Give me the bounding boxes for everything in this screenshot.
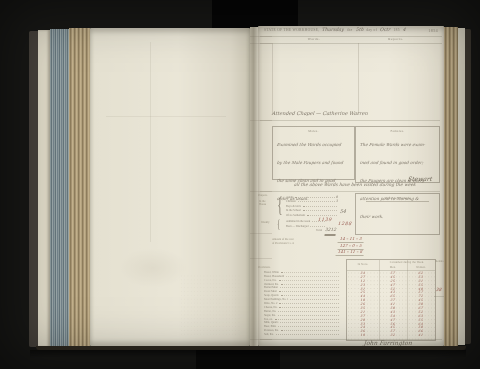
grid-row: 28 47 55 xyxy=(347,318,435,322)
dotted-leader xyxy=(279,303,339,304)
count-label: Of no Settlement xyxy=(286,214,305,217)
left-page-edges-tan xyxy=(69,28,90,347)
margin-stub xyxy=(250,43,272,44)
margin-stub xyxy=(250,258,272,259)
table-bottom-rule xyxy=(260,339,442,340)
form-header: STATE OF THE WORKHOUSE, Thursday the 5th… xyxy=(264,28,406,33)
form-header-print: day of xyxy=(366,28,377,32)
dotted-leader xyxy=(295,197,335,198)
margin-stub xyxy=(250,339,272,340)
left-page-blank xyxy=(90,28,250,346)
accounts-label-2: of Provisions £ s. d. xyxy=(272,242,294,245)
dotted-leader xyxy=(280,288,339,289)
store-value: 19 xyxy=(347,333,380,337)
bleedthrough-line xyxy=(150,42,151,242)
dotted-leader xyxy=(281,284,339,285)
dotted-leader xyxy=(281,272,339,273)
month-handwritten: Octr xyxy=(380,28,391,33)
women-column-header: Women. xyxy=(407,266,435,269)
margin-stub xyxy=(250,120,272,121)
remarks-value: 38 xyxy=(436,288,442,293)
counts-side-label: In the House xyxy=(259,200,275,207)
dotted-leader xyxy=(280,323,339,324)
bleedthrough-dots xyxy=(180,274,240,336)
women-value: 41 xyxy=(407,333,436,337)
counts-brace: { xyxy=(277,192,283,218)
provisions-item-list: Bread, White Bread, Household Cocoa, lbs… xyxy=(264,270,340,336)
men-column-header: Men. xyxy=(379,266,407,269)
folio-number: 1854 xyxy=(428,28,438,33)
dotted-leader xyxy=(310,226,325,227)
provisions-margin-label: Provisions. xyxy=(258,266,272,269)
column-header-reports: Reports. xyxy=(366,37,426,41)
dotted-leader xyxy=(303,211,337,212)
page-smudge xyxy=(118,248,188,288)
left-page-edges-blue xyxy=(50,29,69,347)
dotted-leader xyxy=(275,319,339,320)
form-header-print: the xyxy=(347,28,352,32)
handwritten-line: The Female Wards were exam- xyxy=(359,141,425,149)
form-header-print: STATE OF THE WORKHOUSE, xyxy=(264,28,319,32)
year-printed: 185 xyxy=(394,28,400,32)
weekly-number-1: 1139 xyxy=(318,218,333,223)
females-report-box: Females. The Female Wards were exam-ined… xyxy=(355,126,440,183)
accounts-label: Amount of the cost of Provisions £ s. d. xyxy=(272,238,316,245)
dotted-leader xyxy=(290,299,339,300)
dotted-leader xyxy=(298,201,335,202)
store-column-header: In Store. xyxy=(347,263,379,266)
handwritten-line: Examined the Wards occupied xyxy=(276,141,341,149)
attestation-rule xyxy=(260,191,440,192)
left-cover-edge xyxy=(29,31,38,347)
weekly-number-2: 1288 xyxy=(338,222,353,227)
right-cover-edge xyxy=(465,29,471,344)
column-header-wards: Wards. xyxy=(286,37,342,41)
dotted-leader xyxy=(281,295,339,296)
right-page-edges-tan xyxy=(444,27,458,346)
remarks-rule xyxy=(434,296,444,297)
grid-rows: 34 57 62 27 45 53 xyxy=(347,271,435,337)
column-header-rule xyxy=(260,43,442,44)
weekly-label: Born — Discharged xyxy=(286,225,308,228)
left-endpaper-edge xyxy=(38,30,50,347)
dotted-leader xyxy=(279,280,339,281)
provision-row: Salt, lbs. xyxy=(264,332,340,336)
total-value: 3212 xyxy=(325,228,337,236)
provision-name: Salt, lbs. xyxy=(264,333,274,336)
total-row: Total 3212 xyxy=(316,228,336,236)
accounts-label-1: Amount of the cost xyxy=(272,238,294,241)
attestation-line: all the above Wards have been visited du… xyxy=(294,183,417,188)
dotted-leader xyxy=(279,292,339,293)
margin-rule xyxy=(272,43,273,115)
counts-subtotal: 54 xyxy=(340,209,347,215)
men-value: 32 xyxy=(379,333,408,337)
margin-stub xyxy=(250,36,272,37)
dotted-leader xyxy=(286,276,339,277)
visitors-box-title: Visitors' Names. xyxy=(366,196,429,202)
accounts-amount: 141 – 11 – 8 xyxy=(335,249,364,256)
accounts-amount: 14 – 11 – 3 xyxy=(338,236,365,243)
attestation-signature: Stewart xyxy=(408,176,433,183)
book-shadow xyxy=(30,350,466,358)
paupers-margin-label: Paupers. xyxy=(258,194,272,197)
dotted-leader xyxy=(278,311,339,312)
counts-side-label-2: House xyxy=(259,203,266,206)
dotted-leader xyxy=(279,307,339,308)
count-row: Of no Settlement xyxy=(286,212,338,217)
dotted-leader xyxy=(281,330,339,331)
photograph-stage: STATE OF THE WORKHOUSE, Thursday the 5th… xyxy=(0,0,480,369)
grid-row: 19 32 41 xyxy=(347,333,435,337)
males-report-box: Males. Examined the Wards occupiedby the… xyxy=(272,126,355,180)
handwritten-line: ined and found in good order; xyxy=(359,159,424,167)
right-page-form: STATE OF THE WORKHOUSE, Thursday the 5th… xyxy=(258,26,444,346)
weekly-brace: { xyxy=(277,216,280,232)
dotted-leader xyxy=(303,206,337,207)
margin-stub xyxy=(250,191,272,192)
entry-baseline-rule xyxy=(260,120,440,121)
total-label: Total xyxy=(316,228,322,232)
grid-row: 23 47 55 xyxy=(347,283,435,287)
dotted-leader xyxy=(278,327,339,328)
dotted-leader xyxy=(307,215,337,216)
accounts-rows: 14 – 11 – 3127 – 0 – 5141 – 11 – 8 xyxy=(316,236,364,256)
visitors-box: Visitors' Names. xyxy=(355,193,440,235)
margin-stub xyxy=(250,233,272,234)
provisions-number-grid: In Store. Consumed during the Week. Men.… xyxy=(346,259,436,341)
dotted-leader xyxy=(278,315,339,316)
count-value: 8 xyxy=(336,195,339,199)
book-gutter xyxy=(250,27,258,347)
right-endpaper-edge xyxy=(458,28,465,345)
counts-rows: Adults 8 Children 3 Boys & Girls xyxy=(286,194,338,217)
handwritten-line: by the Male Paupers and found xyxy=(276,159,343,167)
handwritten-entry-line: Attended Chapel — Catherine Warren xyxy=(272,111,369,117)
bleedthrough-line xyxy=(106,116,226,117)
weekly-side-label: Weekly xyxy=(261,221,275,224)
dotted-leader xyxy=(276,334,339,335)
year-digit-handwritten: 4 xyxy=(402,28,406,33)
day-name-handwritten: Thursday xyxy=(322,28,345,33)
day-number-handwritten: 5th xyxy=(355,28,363,33)
column-divider xyxy=(358,43,359,115)
printed-form: STATE OF THE WORKHOUSE, Thursday the 5th… xyxy=(258,26,444,346)
